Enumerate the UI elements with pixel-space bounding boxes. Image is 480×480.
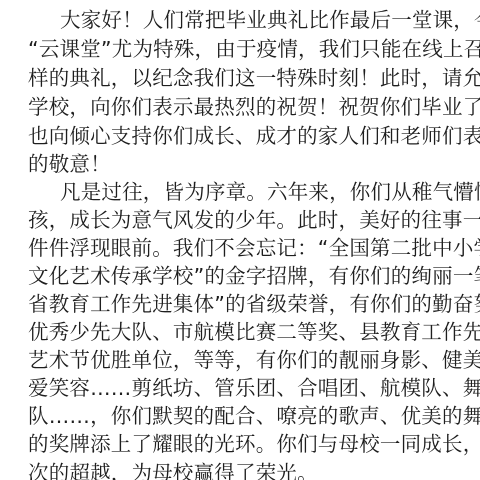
text-line: 爱笑容……剪纸坊、管乐团、合唱团、航模队、舞蹈队、体育 xyxy=(28,374,464,402)
document-page: 大家好！人们常把毕业典礼比作最后一堂课，今天这场 “云课堂”尤为特殊，由于疫情，… xyxy=(0,0,480,480)
text-line: 文化艺术传承学校”的金字招牌，有你们的绚丽一笔；“河北 xyxy=(28,262,464,290)
text-line: 学校，向你们表示最热烈的祝贺！祝贺你们毕业了！同时， xyxy=(28,93,464,121)
text-line: 凡是过往，皆为序章。六年来，你们从稚气懵懂的小 xyxy=(60,178,464,206)
text-line: 样的典礼，以纪念我们这一特殊时刻！此时，请允许我代表 xyxy=(28,64,464,92)
text-line: “云课堂”尤为特殊，由于疫情，我们只能在线上召开这场别 xyxy=(28,35,464,63)
text-line: 艺术节优胜单位，等等，有你们的靓丽身影、健美步伐、可 xyxy=(28,346,464,374)
text-line: 的敬意！ xyxy=(28,150,464,178)
text-line: 省教育工作先进集体”的省级荣誉，有你们的勤奋努力；市 xyxy=(28,290,464,318)
text-line: 大家好！人们常把毕业典礼比作最后一堂课，今天这场 xyxy=(60,6,464,34)
text-line: 的奖牌添上了耀眼的光环。你们与母校一同成长，你们一次 xyxy=(28,430,464,458)
text-line: 次的超越，为母校赢得了荣光。 xyxy=(28,459,464,480)
text-line: 优秀少先大队、市航模比赛二等奖、县教育工作先进单位、 xyxy=(28,318,464,346)
text-line: 孩，成长为意气风发的少年。此时，美好的往事一桩桩，一 xyxy=(28,206,464,234)
text-line: 队……，你们默契的配合、嘹亮的歌声、优美的舞姿为金灿灿 xyxy=(28,402,464,430)
text-line: 也向倾心支持你们成长、成才的家人们和老师们表示最崇高 xyxy=(28,122,464,150)
text-line: 件件浮现眼前。我们不会忘记：“全国第二批中小学中华优秀 xyxy=(28,234,464,262)
